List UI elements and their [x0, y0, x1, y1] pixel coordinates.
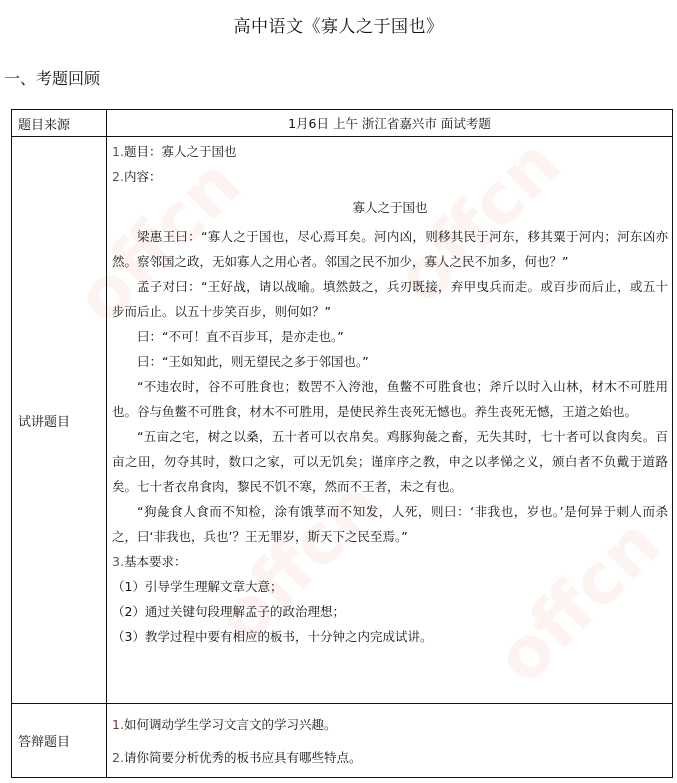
section-heading: 一、考题回顾 — [4, 66, 100, 89]
paragraph: “狗彘食人食而不知检，涂有饿莩而不知发，人死，则曰：‘非我也，岁也。’是何异于刺… — [112, 499, 668, 549]
row-label-lecture: 试讲题目 — [12, 137, 107, 704]
item-content: 2.内容： — [112, 164, 668, 189]
row-label-defense: 答辩题目 — [12, 704, 107, 778]
paragraph: “不违农时，谷不可胜食也；数罟不入洿池，鱼鳖不可胜食也；斧斤以时入山林，材木不可… — [112, 374, 668, 424]
table-row-lecture: 试讲题目 1.题目：寡人之于国也 2.内容： 寡人之于国也 梁惠王曰：“寡人之于… — [12, 137, 673, 704]
lecture-content: 1.题目：寡人之于国也 2.内容： 寡人之于国也 梁惠王曰：“寡人之于国也，尽心… — [107, 137, 673, 704]
exam-table: 题目来源 1月6日 上午 浙江省嘉兴市 面试考题 试讲题目 1.题目：寡人之于国… — [11, 109, 673, 778]
item-requirements: 3.基本要求： — [112, 549, 668, 574]
requirement-item: （2）通过关键句段理解孟子的政治理想； — [112, 599, 668, 624]
document-title: 高中语文《寡人之于国也》 — [0, 12, 677, 37]
table-row-source: 题目来源 1月6日 上午 浙江省嘉兴市 面试考题 — [12, 110, 673, 137]
passage-title: 寡人之于国也 — [112, 195, 668, 220]
requirement-item: （3）教学过程中要有相应的板书，十分钟之内完成试讲。 — [112, 624, 668, 649]
table-row-defense: 答辩题目 1.如何调动学生学习文言文的学习兴趣。 2.请你简要分析优秀的板书应具… — [12, 704, 673, 778]
source-value: 1月6日 上午 浙江省嘉兴市 面试考题 — [107, 110, 673, 137]
item-topic: 1.题目：寡人之于国也 — [112, 139, 668, 164]
requirement-item: （1）引导学生理解文章大意； — [112, 574, 668, 599]
defense-content: 1.如何调动学生学习文言文的学习兴趣。 2.请你简要分析优秀的板书应具有哪些特点… — [107, 704, 673, 778]
paragraph: 曰：“不可！直不百步耳，是亦走也。” — [112, 324, 668, 349]
defense-question: 1.如何调动学生学习文言文的学习兴趣。 — [112, 708, 668, 741]
paragraph: 孟子对曰：“王好战，请以战喻。填然鼓之，兵刃既接，弃甲曳兵而走。或百步而后止，或… — [112, 274, 668, 324]
row-label-source: 题目来源 — [12, 110, 107, 137]
paragraph: “五亩之宅，树之以桑，五十者可以衣帛矣。鸡豚狗彘之畜，无失其时，七十者可以食肉矣… — [112, 424, 668, 499]
paragraph: 曰：“王如知此，则无望民之多于邻国也。” — [112, 349, 668, 374]
defense-question: 2.请你简要分析优秀的板书应具有哪些特点。 — [112, 741, 668, 774]
paragraph: 梁惠王曰：“寡人之于国也，尽心焉耳矣。河内凶，则移其民于河东，移其粟于河内；河东… — [112, 224, 668, 274]
